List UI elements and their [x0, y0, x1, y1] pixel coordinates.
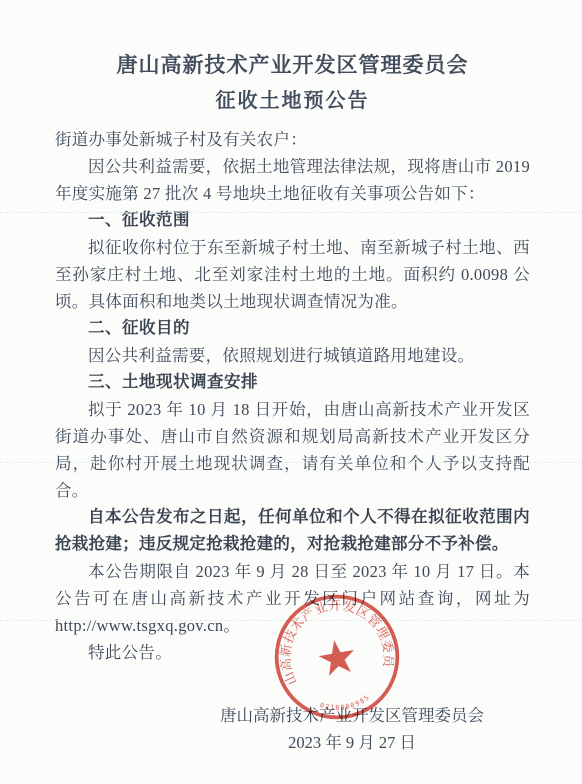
section3-heading: 三、土地现状调查安排	[55, 369, 530, 396]
website-url: http://www.tsgxq.gov.cn	[55, 616, 223, 635]
notice-document: 唐山高新技术产业开发区管理委员会 征收土地预公告 街道办事处新城子村及有关农户：…	[0, 0, 582, 756]
scan-artifact-line	[0, 462, 582, 463]
closing-line: 特此公告。	[55, 639, 530, 666]
intro-paragraph: 因公共利益需要，依据土地管理法律法规，现将唐山市 2019 年度实施第 27 批…	[55, 153, 530, 207]
section2-text: 因公共利益需要，依照规划进行城镇道路用地建设。	[55, 342, 530, 369]
document-org-title: 唐山高新技术产业开发区管理委员会	[55, 50, 530, 80]
signature-date: 2023 年 9 月 27 日	[220, 729, 484, 756]
section3-text: 拟于 2023 年 10 月 18 日开始，由唐山高新技术产业开发区街道办事处、…	[55, 396, 530, 504]
notice-period-paragraph: 本公告期限自 2023 年 9 月 28 日至 2023 年 10 月 17 日…	[55, 558, 530, 639]
notice-period-text: 本公告期限自 2023 年 9 月 28 日至 2023 年 10 月 17 日…	[55, 562, 530, 608]
salutation: 街道办事处新城子村及有关农户：	[55, 126, 530, 153]
signature-block: 唐山高新技术产业开发区管理委员会 2023 年 9 月 27 日	[220, 702, 484, 756]
document-title: 征收土地预公告	[55, 86, 530, 116]
scanned-notice-page: 唐山高新技术产业开发区管理委员会 征收土地预公告 街道办事处新城子村及有关农户：…	[0, 0, 582, 784]
website-url-suffix: 。	[223, 616, 240, 635]
section1-text: 拟征收你村位于东至新城子村土地、南至新城子村土地、西至孙家庄村土地、北至刘家洼村…	[55, 234, 530, 315]
scan-artifact-line	[0, 212, 582, 213]
warning-paragraph: 自本公告发布之日起，任何单位和个人不得在拟征收范围内抢栽抢建；违反规定抢栽抢建的…	[55, 504, 530, 558]
section2-heading: 二、征收目的	[55, 315, 530, 342]
scan-artifact-line	[0, 620, 582, 621]
signature-org: 唐山高新技术产业开发区管理委员会	[220, 702, 484, 729]
